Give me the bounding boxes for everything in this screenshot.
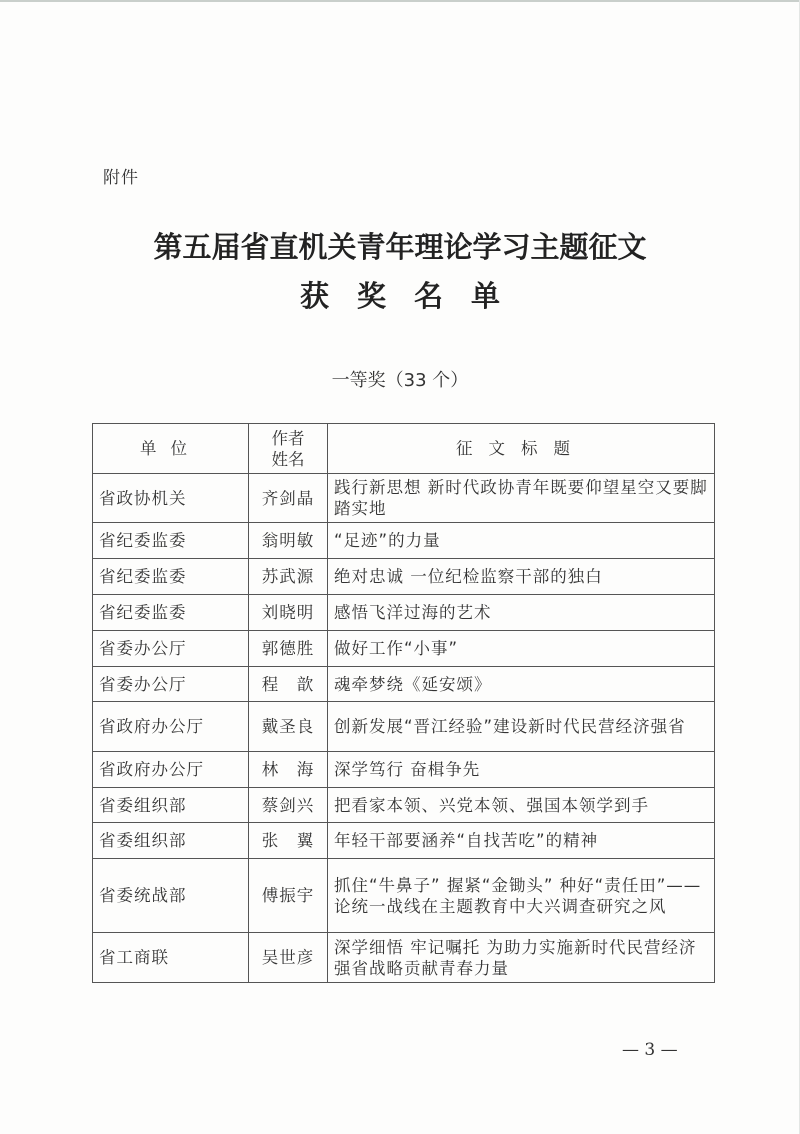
cell-author: 苏武源 bbox=[249, 559, 328, 595]
cell-author: 程 歆 bbox=[249, 667, 328, 702]
table-body: 省政协机关齐剑晶践行新思想 新时代政协青年既要仰望星空又要脚踏实地省纪委监委翁明… bbox=[93, 474, 715, 983]
cell-unit: 省委统战部 bbox=[93, 859, 249, 933]
table-row: 省委组织部张 翼年轻干部要涵养“自找苦吃”的精神 bbox=[93, 823, 715, 859]
section-title: 一等奖（33 个） bbox=[0, 366, 800, 392]
cell-unit: 省委组织部 bbox=[93, 823, 249, 859]
cell-unit: 省委办公厅 bbox=[93, 667, 249, 702]
cell-title: 把看家本领、兴党本领、强国本领学到手 bbox=[328, 788, 715, 823]
header-author-line1: 作者 bbox=[255, 428, 321, 449]
cell-title: 魂牵梦绕《延安颂》 bbox=[328, 667, 715, 702]
table-row: 省委组织部蔡剑兴把看家本领、兴党本领、强国本领学到手 bbox=[93, 788, 715, 823]
cell-unit: 省委办公厅 bbox=[93, 631, 249, 667]
table-row: 省政府办公厅戴圣良创新发展“晋江经验”建设新时代民营经济强省 bbox=[93, 702, 715, 752]
cell-author: 张 翼 bbox=[249, 823, 328, 859]
cell-title: 做好工作“小事” bbox=[328, 631, 715, 667]
cell-unit: 省纪委监委 bbox=[93, 523, 249, 559]
table-row: 省纪委监委刘晓明感悟飞洋过海的艺术 bbox=[93, 595, 715, 631]
cell-author: 林 海 bbox=[249, 752, 328, 788]
cell-title: 创新发展“晋江经验”建设新时代民营经济强省 bbox=[328, 702, 715, 752]
document-subtitle: 获奖名单 bbox=[0, 274, 800, 315]
table-row: 省委办公厅程 歆魂牵梦绕《延安颂》 bbox=[93, 667, 715, 702]
cell-title: 绝对忠诚 一位纪检监察干部的独白 bbox=[328, 559, 715, 595]
cell-author: 傅振宇 bbox=[249, 859, 328, 933]
page-top-edge bbox=[0, 0, 800, 2]
cell-author: 戴圣良 bbox=[249, 702, 328, 752]
header-author-line2: 姓名 bbox=[255, 449, 321, 470]
cell-title: 践行新思想 新时代政协青年既要仰望星空又要脚踏实地 bbox=[328, 474, 715, 523]
page-number: — 3 — bbox=[622, 1040, 678, 1060]
cell-unit: 省政府办公厅 bbox=[93, 702, 249, 752]
table-row: 省委办公厅郭德胜做好工作“小事” bbox=[93, 631, 715, 667]
table-row: 省委统战部傅振宇抓住“牛鼻子” 握紧“金锄头” 种好“责任田”——论统一战线在主… bbox=[93, 859, 715, 933]
header-author: 作者 姓名 bbox=[249, 424, 328, 474]
cell-author: 吴世彦 bbox=[249, 933, 328, 983]
cell-author: 翁明敏 bbox=[249, 523, 328, 559]
awards-table: 单位 作者 姓名 征文标题 省政协机关齐剑晶践行新思想 新时代政协青年既要仰望星… bbox=[92, 423, 715, 983]
cell-unit: 省纪委监委 bbox=[93, 559, 249, 595]
table-row: 省政协机关齐剑晶践行新思想 新时代政协青年既要仰望星空又要脚踏实地 bbox=[93, 474, 715, 523]
cell-unit: 省委组织部 bbox=[93, 788, 249, 823]
cell-title: 深学笃行 奋楫争先 bbox=[328, 752, 715, 788]
table-row: 省纪委监委翁明敏“足迹”的力量 bbox=[93, 523, 715, 559]
cell-unit: 省政府办公厅 bbox=[93, 752, 249, 788]
cell-title: 感悟飞洋过海的艺术 bbox=[328, 595, 715, 631]
attachment-label: 附件 bbox=[103, 163, 139, 188]
header-unit: 单位 bbox=[93, 424, 249, 474]
cell-author: 齐剑晶 bbox=[249, 474, 328, 523]
cell-author: 蔡剑兴 bbox=[249, 788, 328, 823]
cell-title: 年轻干部要涵养“自找苦吃”的精神 bbox=[328, 823, 715, 859]
cell-title: 深学细悟 牢记嘱托 为助力实施新时代民营经济强省战略贡献青春力量 bbox=[328, 933, 715, 983]
cell-unit: 省纪委监委 bbox=[93, 595, 249, 631]
document-title: 第五届省直机关青年理论学习主题征文 bbox=[0, 225, 800, 266]
cell-unit: 省政协机关 bbox=[93, 474, 249, 523]
table-row: 省纪委监委苏武源绝对忠诚 一位纪检监察干部的独白 bbox=[93, 559, 715, 595]
table-row: 省工商联吴世彦深学细悟 牢记嘱托 为助力实施新时代民营经济强省战略贡献青春力量 bbox=[93, 933, 715, 983]
table-row: 省政府办公厅林 海深学笃行 奋楫争先 bbox=[93, 752, 715, 788]
cell-unit: 省工商联 bbox=[93, 933, 249, 983]
cell-title: “足迹”的力量 bbox=[328, 523, 715, 559]
table-header-row: 单位 作者 姓名 征文标题 bbox=[93, 424, 715, 474]
cell-author: 郭德胜 bbox=[249, 631, 328, 667]
header-title: 征文标题 bbox=[328, 424, 715, 474]
cell-author: 刘晓明 bbox=[249, 595, 328, 631]
cell-title: 抓住“牛鼻子” 握紧“金锄头” 种好“责任田”——论统一战线在主题教育中大兴调查… bbox=[328, 859, 715, 933]
